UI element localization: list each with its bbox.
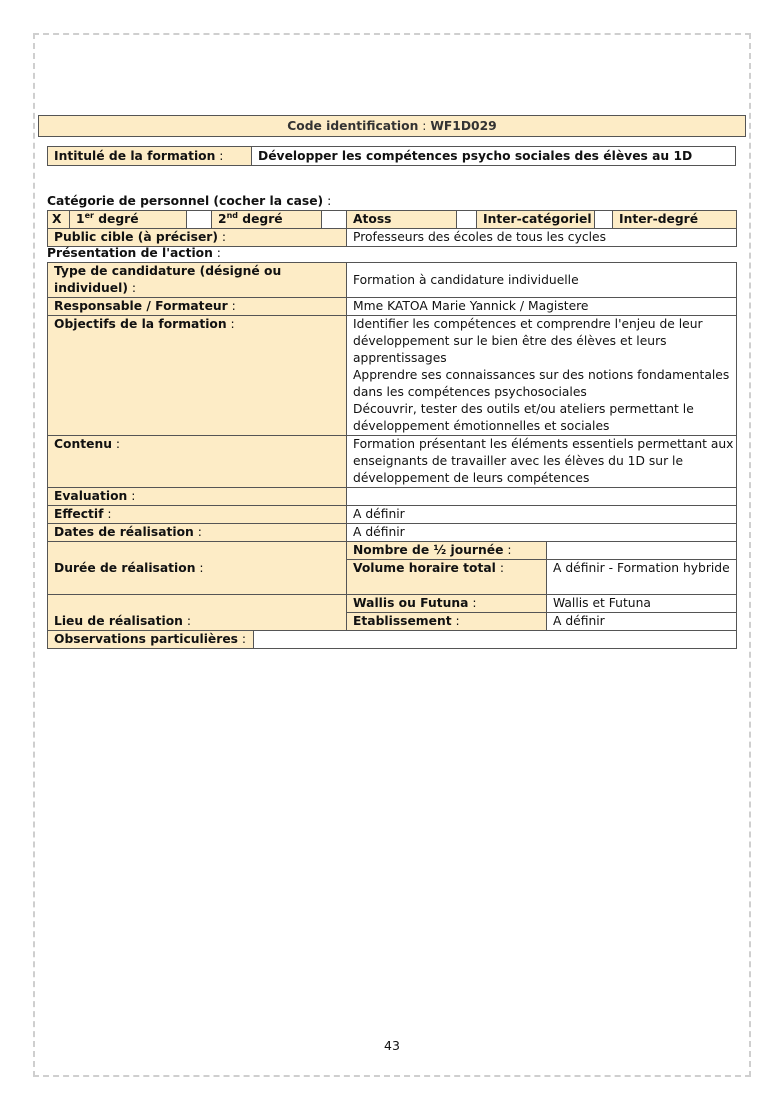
duree-label: Durée de réalisation :: [48, 542, 347, 595]
page-number: 43: [384, 1038, 400, 1053]
objectifs-label: Objectifs de la formation :: [48, 316, 347, 436]
objectifs-value: Identifier les compétences et comprendre…: [347, 316, 737, 436]
dates-value: A définir: [347, 524, 737, 542]
lieu-label: Lieu de réalisation :: [48, 595, 347, 631]
type-candidature-value: Formation à candidature individuelle: [347, 263, 737, 298]
checkbox-1er-degre[interactable]: X: [48, 211, 70, 229]
wallis-futuna-label: Wallis ou Futuna :: [347, 595, 547, 613]
etablissement-label: Etablissement :: [347, 613, 547, 631]
objectif-line: Découvrir, tester des outils et/ou ateli…: [353, 401, 736, 435]
effectif-value: A définir: [347, 506, 737, 524]
category-table: X 1er degré 2nd degré Atoss Inter-catégo…: [47, 210, 737, 247]
option-1er-degre: 1er degré: [70, 211, 187, 229]
effectif-label: Effectif :: [48, 506, 347, 524]
evaluation-value[interactable]: [347, 488, 737, 506]
evaluation-label: Evaluation :: [48, 488, 347, 506]
code-label: Code identification: [287, 119, 418, 133]
objectif-line: Identifier les compétences et comprendre…: [353, 316, 736, 367]
demi-journee-value[interactable]: [547, 542, 737, 560]
option-inter-categoriel: Inter-catégoriel: [477, 211, 595, 229]
etablissement-value: A définir: [547, 613, 737, 631]
checkbox-2nd-degre[interactable]: [187, 211, 212, 229]
public-cible-value: Professeurs des écoles de tous les cycle…: [347, 229, 737, 247]
responsable-label: Responsable / Formateur :: [48, 298, 347, 316]
formation-title-label: Intitulé de la formation :: [48, 147, 252, 166]
observations-label: Observations particulières :: [48, 631, 254, 649]
option-atoss: Atoss: [347, 211, 457, 229]
checkbox-inter-degre[interactable]: [595, 211, 613, 229]
category-heading: Catégorie de personnel (cocher la case) …: [47, 193, 331, 209]
contenu-value: Formation présentant les éléments essent…: [347, 436, 737, 488]
volume-horaire-value: A définir - Formation hybride: [547, 560, 737, 595]
presentation-heading: Présentation de l'action :: [47, 245, 221, 261]
checkbox-inter-categoriel[interactable]: [457, 211, 477, 229]
code-value: WF1D029: [430, 119, 496, 133]
contenu-label: Contenu :: [48, 436, 347, 488]
type-candidature-label: Type de candidature (désigné ou individu…: [48, 263, 347, 298]
responsable-value: Mme KATOA Marie Yannick / Magistere: [347, 298, 737, 316]
observations-value[interactable]: [254, 631, 737, 649]
public-cible-label: Public cible (à préciser) :: [48, 229, 347, 247]
code-identification: Code identification : WF1D029: [38, 115, 746, 137]
presentation-table: Type de candidature (désigné ou individu…: [47, 262, 737, 649]
formation-title-value: Développer les compétences psycho social…: [252, 147, 736, 166]
wallis-futuna-value: Wallis et Futuna: [547, 595, 737, 613]
option-inter-degre: Inter-degré: [613, 211, 737, 229]
volume-horaire-label: Volume horaire total :: [347, 560, 547, 595]
dates-label: Dates de réalisation :: [48, 524, 347, 542]
checkbox-atoss[interactable]: [322, 211, 347, 229]
option-2nd-degre: 2nd degré: [212, 211, 322, 229]
formation-title-table: Intitulé de la formation : Développer le…: [47, 146, 736, 166]
demi-journee-label: Nombre de ½ journée :: [347, 542, 547, 560]
objectif-line: Apprendre ses connaissances sur des noti…: [353, 367, 736, 401]
